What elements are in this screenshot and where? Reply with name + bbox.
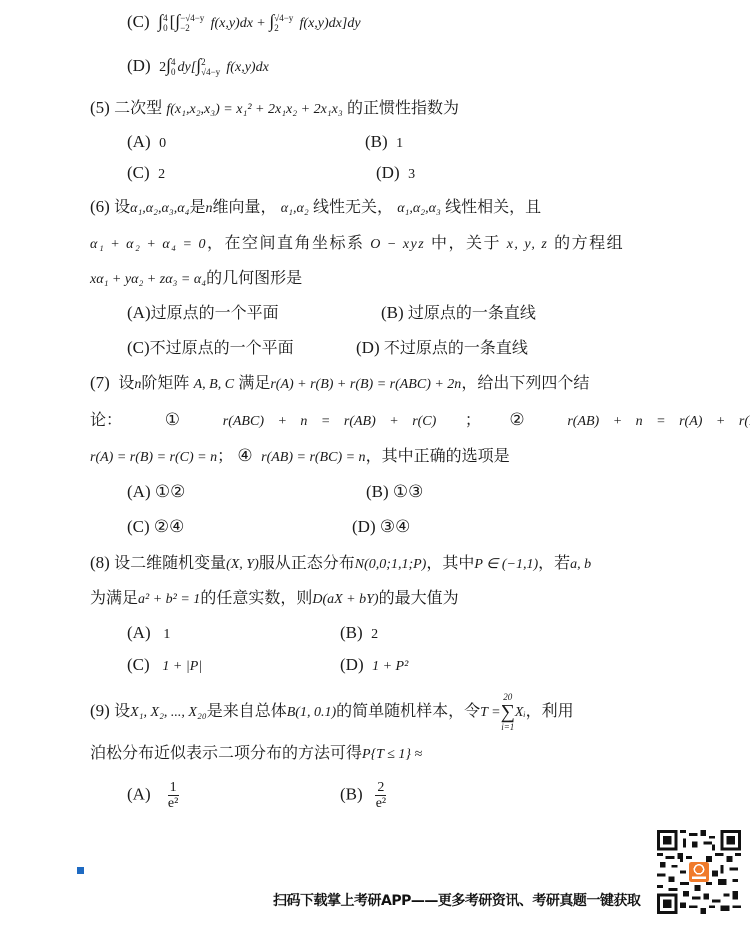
q8-stem-line1: (8) 设二维随机变量(X, Y)服从正态分布N(0,0;1,1;P)，其中P …	[90, 552, 591, 576]
footer-promo-text: 扫码下载掌上考研APP——更多考研资讯、考研真题一键获取	[273, 890, 640, 910]
q6-option-a: (A)过原点的一个平面	[127, 302, 279, 324]
q9-option-a: (A) 1e²	[127, 780, 179, 811]
integral-limits: 40	[163, 13, 168, 33]
q6-stem-line1: (6) 设α₁,α₂,α₃,α₄是n维向量， α₁,α₂ 线性无关， α₁,α₂…	[90, 196, 541, 220]
q7-option-d: (D) ③④	[352, 516, 410, 538]
q6-stem-line2: α₁ + α₂ + α₄ = 0，在空间直角坐标系 O − xyz 中，关于 x…	[90, 232, 624, 256]
question-number: (7)	[90, 373, 110, 392]
summation: 20∑i=1	[501, 692, 515, 732]
q9-stem-line2: 泊松分布近似表示二项分布的方法可得P{T ≤ 1} ≈	[90, 742, 422, 766]
integrand-tail: f(x,y)dx]dy	[300, 16, 361, 31]
qr-code-icon	[656, 830, 742, 914]
q6-option-d: (D) 不过原点的一条直线	[356, 337, 528, 359]
integral-limits: −√4−y−2	[180, 13, 204, 33]
q9-option-b: (B) 2e²	[340, 780, 386, 811]
fraction: 2e²	[375, 780, 386, 811]
question-number: (5)	[90, 98, 110, 117]
integral-sign: ∫	[269, 10, 274, 32]
q6-option-b: (B) 过原点的一条直线	[381, 302, 536, 324]
integral-sign: ∫	[158, 10, 163, 32]
question-number: (9)	[90, 701, 110, 720]
fraction: 1e²	[168, 780, 179, 811]
option-label: (D)	[127, 56, 151, 75]
q9-stem-line1: (9) 设X₁, X₂, ..., X₂₀是来自总体B(1, 0.1)的简单随机…	[90, 692, 574, 732]
q7-stem-line1: (7) 设n阶矩阵 A, B, C 满足r(A) + r(B) + r(B) =…	[90, 372, 589, 396]
q5-option-d: (D) 3	[376, 162, 415, 186]
q8-option-c: (C) 1 + |P|	[127, 654, 202, 678]
integral-limits: 2√4−y	[201, 57, 220, 77]
q7-stem-line3: r(A) = r(B) = r(C) = n； ④ r(AB) = r(BC) …	[90, 445, 510, 469]
q5-option-b: (B) 1	[365, 131, 403, 155]
q7-option-a: (A) ①②	[127, 481, 185, 503]
q6-option-c: (C)不过原点的一个平面	[127, 337, 294, 359]
integrand: f(x,y)dx	[211, 16, 253, 31]
q8-stem-line2: 为满足a² + b² = 1的任意实数，则D(aX + bY)的最大值为	[90, 587, 459, 611]
q5-stem: (5) 二次型 f(x₁,x₂,x₃) = x₁² + 2x₁x₂ + 2x₁x…	[90, 97, 459, 121]
q4-option-d: (D) 2∫40dy[∫2√4−y f(x,y)dx	[127, 54, 269, 79]
q7-option-b: (B) ①③	[366, 481, 423, 503]
integrand: f(x,y)dx	[226, 60, 268, 75]
integral-sign: ∫	[196, 54, 201, 76]
question-number: (6)	[90, 197, 110, 216]
q8-option-d: (D) 1 + P²	[340, 654, 408, 678]
q4-option-c: (C) ∫40[∫−√4−y−2 f(x,y)dx + ∫√4−y2 f(x,y…	[127, 10, 361, 35]
q8-option-a: (A) 1	[127, 622, 170, 646]
formula: f(x₁,x₂,x₃) = x₁² + 2x₁x₂ + 2x₁x₃	[166, 102, 342, 117]
q5-option-c: (C) 2	[127, 162, 165, 186]
q5-option-a: (A) 0	[127, 131, 166, 155]
integral-sign: ∫	[175, 10, 180, 32]
q7-stem-line2: 论： ① r(ABC) + n = r(AB) + r(C) ； ② r(AB)…	[90, 409, 750, 433]
page-marker-icon	[77, 867, 84, 874]
option-label: (C)	[127, 12, 150, 31]
integral-limits: 40	[171, 57, 176, 77]
integral-limits: √4−y2	[274, 13, 293, 33]
question-number: (8)	[90, 553, 110, 572]
q6-stem-line3: xα₁ + yα₂ + zα₃ = α₄的几何图形是	[90, 267, 302, 291]
integral-sign: ∫	[166, 54, 171, 76]
qr-code[interactable]	[656, 830, 742, 914]
q7-option-c: (C) ②④	[127, 516, 184, 538]
q8-option-b: (B) 2	[340, 622, 378, 646]
